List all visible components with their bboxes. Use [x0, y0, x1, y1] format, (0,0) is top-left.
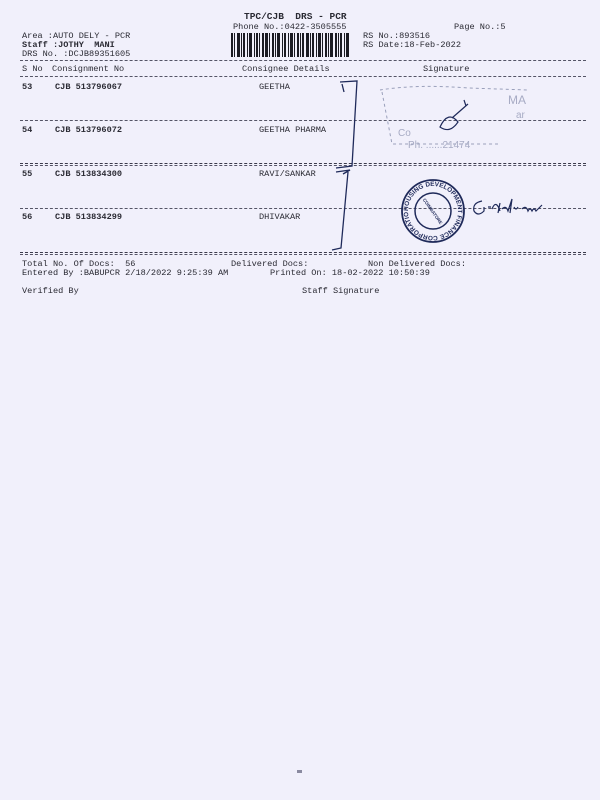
verified-by: Verified By — [22, 286, 79, 296]
faded-stamp-icon: MA ar Co Ph. ......21474 — [378, 82, 548, 157]
barcode — [231, 33, 358, 57]
row-consignee: RAVI/SANKAR — [259, 169, 316, 179]
row-sno: 55 — [22, 169, 32, 179]
divider — [20, 165, 586, 166]
row-consignee: GEETHA — [259, 82, 290, 92]
company-seal-icon: HOUSING DEVELOPMENT FINANCE CORPORATION … — [400, 178, 466, 244]
scan-speck — [297, 770, 302, 773]
col-sno: S No — [22, 64, 43, 74]
staff-signature: Staff Signature — [302, 286, 379, 296]
document-title: TPC/CJB DRS - PCR — [244, 12, 347, 22]
drs-number: DRS No. :DCJB89351605 — [22, 49, 130, 59]
row-consignment: CJB 513834300 — [55, 169, 122, 179]
row-sno: 54 — [22, 125, 32, 135]
divider — [20, 163, 586, 164]
row-consignee: DHIVAKAR — [259, 212, 300, 222]
printed-on: Printed On: 18-02-2022 10:50:39 — [270, 268, 430, 278]
svg-text:ar: ar — [516, 110, 526, 121]
col-consignee: Consignee Details — [242, 64, 330, 74]
row-consignment: CJB 513796067 — [55, 82, 122, 92]
entered-by: Entered By :BABUPCR 2/18/2022 9:25:39 AM — [22, 268, 228, 278]
row-consignee: GEETHA PHARMA — [259, 125, 326, 135]
col-consignment: Consignment No — [52, 64, 124, 74]
svg-text:Ph. ......21474: Ph. ......21474 — [408, 140, 471, 151]
row-sno: 56 — [22, 212, 32, 222]
svg-text:Co: Co — [398, 128, 411, 139]
row-sno: 53 — [22, 82, 32, 92]
handwritten-bracket-icon — [330, 78, 370, 258]
svg-text:COIMBATORE: COIMBATORE — [422, 197, 444, 225]
divider — [20, 76, 586, 77]
signature-icon — [470, 195, 570, 225]
svg-text:MA: MA — [508, 93, 526, 107]
divider — [20, 254, 586, 255]
page-number: Page No.:5 — [454, 22, 506, 32]
phone-number: Phone No.:0422-3505555 — [233, 22, 346, 32]
divider — [20, 252, 586, 253]
divider — [20, 60, 586, 61]
col-signature: Signature — [423, 64, 469, 74]
row-consignment: CJB 513796072 — [55, 125, 122, 135]
rs-date: RS Date:18-Feb-2022 — [363, 40, 461, 50]
row-consignment: CJB 513834299 — [55, 212, 122, 222]
